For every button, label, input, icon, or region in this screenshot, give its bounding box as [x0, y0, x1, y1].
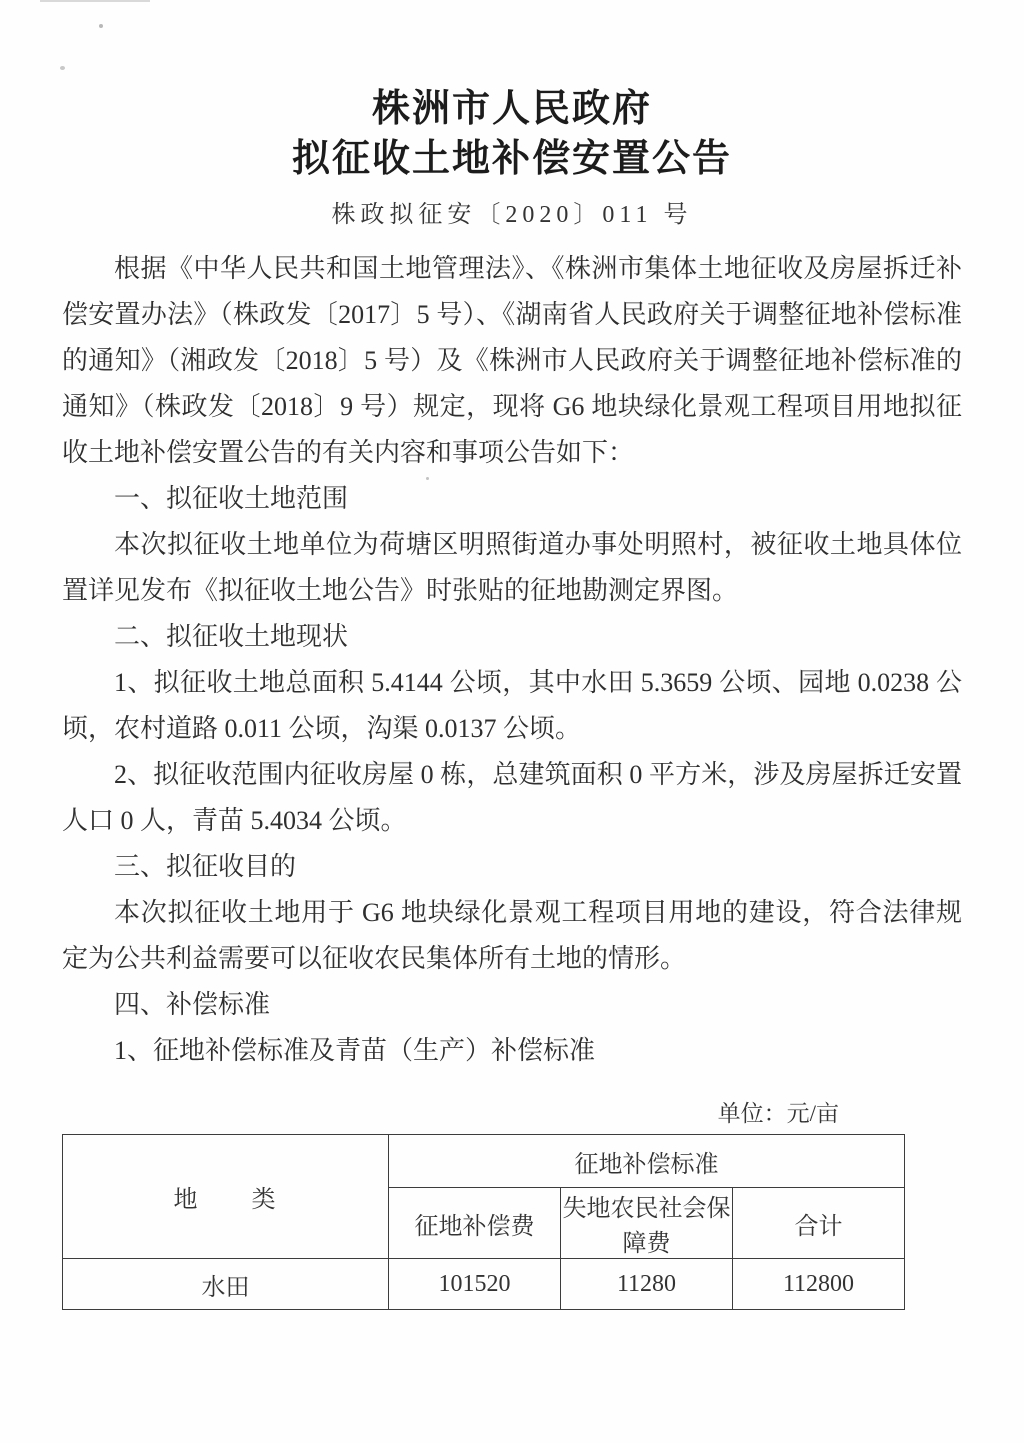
document-body: 根据《中华人民共和国土地管理法》、《株洲市集体土地征收及房屋拆迁补偿安置办法》（…: [62, 246, 962, 1074]
cell-social-security-fee: 11280: [561, 1259, 733, 1310]
section-3-heading: 三、拟征收目的: [62, 844, 962, 890]
section-4-item-1: 1、征地补偿标准及青苗（生产）补偿标准: [62, 1028, 962, 1074]
scan-speck: [99, 24, 103, 28]
document-number: 株政拟征安〔2020〕011 号: [62, 198, 962, 232]
section-4-heading: 四、补偿标准: [62, 982, 962, 1028]
section-3-paragraph: 本次拟征收土地用于 G6 地块绿化景观工程项目用地的建设，符合法律规定为公共利益…: [62, 890, 962, 982]
land-type-header-cell: 地 类: [63, 1135, 389, 1259]
scanned-document-page: 株洲市人民政府 拟征收土地补偿安置公告 株政拟征安〔2020〕011 号 根据《…: [0, 0, 1024, 1443]
cell-total: 112800: [733, 1259, 905, 1310]
scan-speck: [426, 477, 429, 480]
cell-compensation-fee: 101520: [389, 1259, 561, 1310]
table-unit-label: 单位：元/亩: [62, 1098, 905, 1130]
section-2-item-2: 2、拟征收范围内征收房屋 0 栋，总建筑面积 0 平方米，涉及房屋拆迁安置人口 …: [62, 752, 962, 844]
sub-header-total: 合计: [733, 1188, 905, 1259]
section-1-heading: 一、拟征收土地范围: [62, 476, 962, 522]
cell-land-type: 水田: [63, 1259, 389, 1310]
table-header-row-1: 地 类 征地补偿标准: [63, 1135, 905, 1188]
document-title-line2: 拟征收土地补偿安置公告: [62, 134, 962, 184]
intro-paragraph: 根据《中华人民共和国土地管理法》、《株洲市集体土地征收及房屋拆迁补偿安置办法》（…: [62, 246, 962, 476]
scan-artifact-line: [40, 0, 150, 2]
table-row: 水田 101520 11280 112800: [63, 1259, 905, 1310]
document-title-line1: 株洲市人民政府: [62, 84, 962, 134]
sub-header-social-security-fee: 失地农民社会保障费: [561, 1188, 733, 1259]
section-1-paragraph: 本次拟征收土地单位为荷塘区明照街道办事处明照村，被征收土地具体位置详见发布《拟征…: [62, 522, 962, 614]
group-header-cell: 征地补偿标准: [389, 1135, 905, 1188]
sub-header-compensation-fee: 征地补偿费: [389, 1188, 561, 1259]
scan-speck: [60, 66, 65, 70]
section-2-heading: 二、拟征收土地现状: [62, 614, 962, 660]
compensation-standard-table: 地 类 征地补偿标准 征地补偿费 失地农民社会保障费 合计 水田 101520 …: [62, 1134, 905, 1310]
section-2-item-1: 1、拟征收土地总面积 5.4144 公顷，其中水田 5.3659 公顷、园地 0…: [62, 660, 962, 752]
